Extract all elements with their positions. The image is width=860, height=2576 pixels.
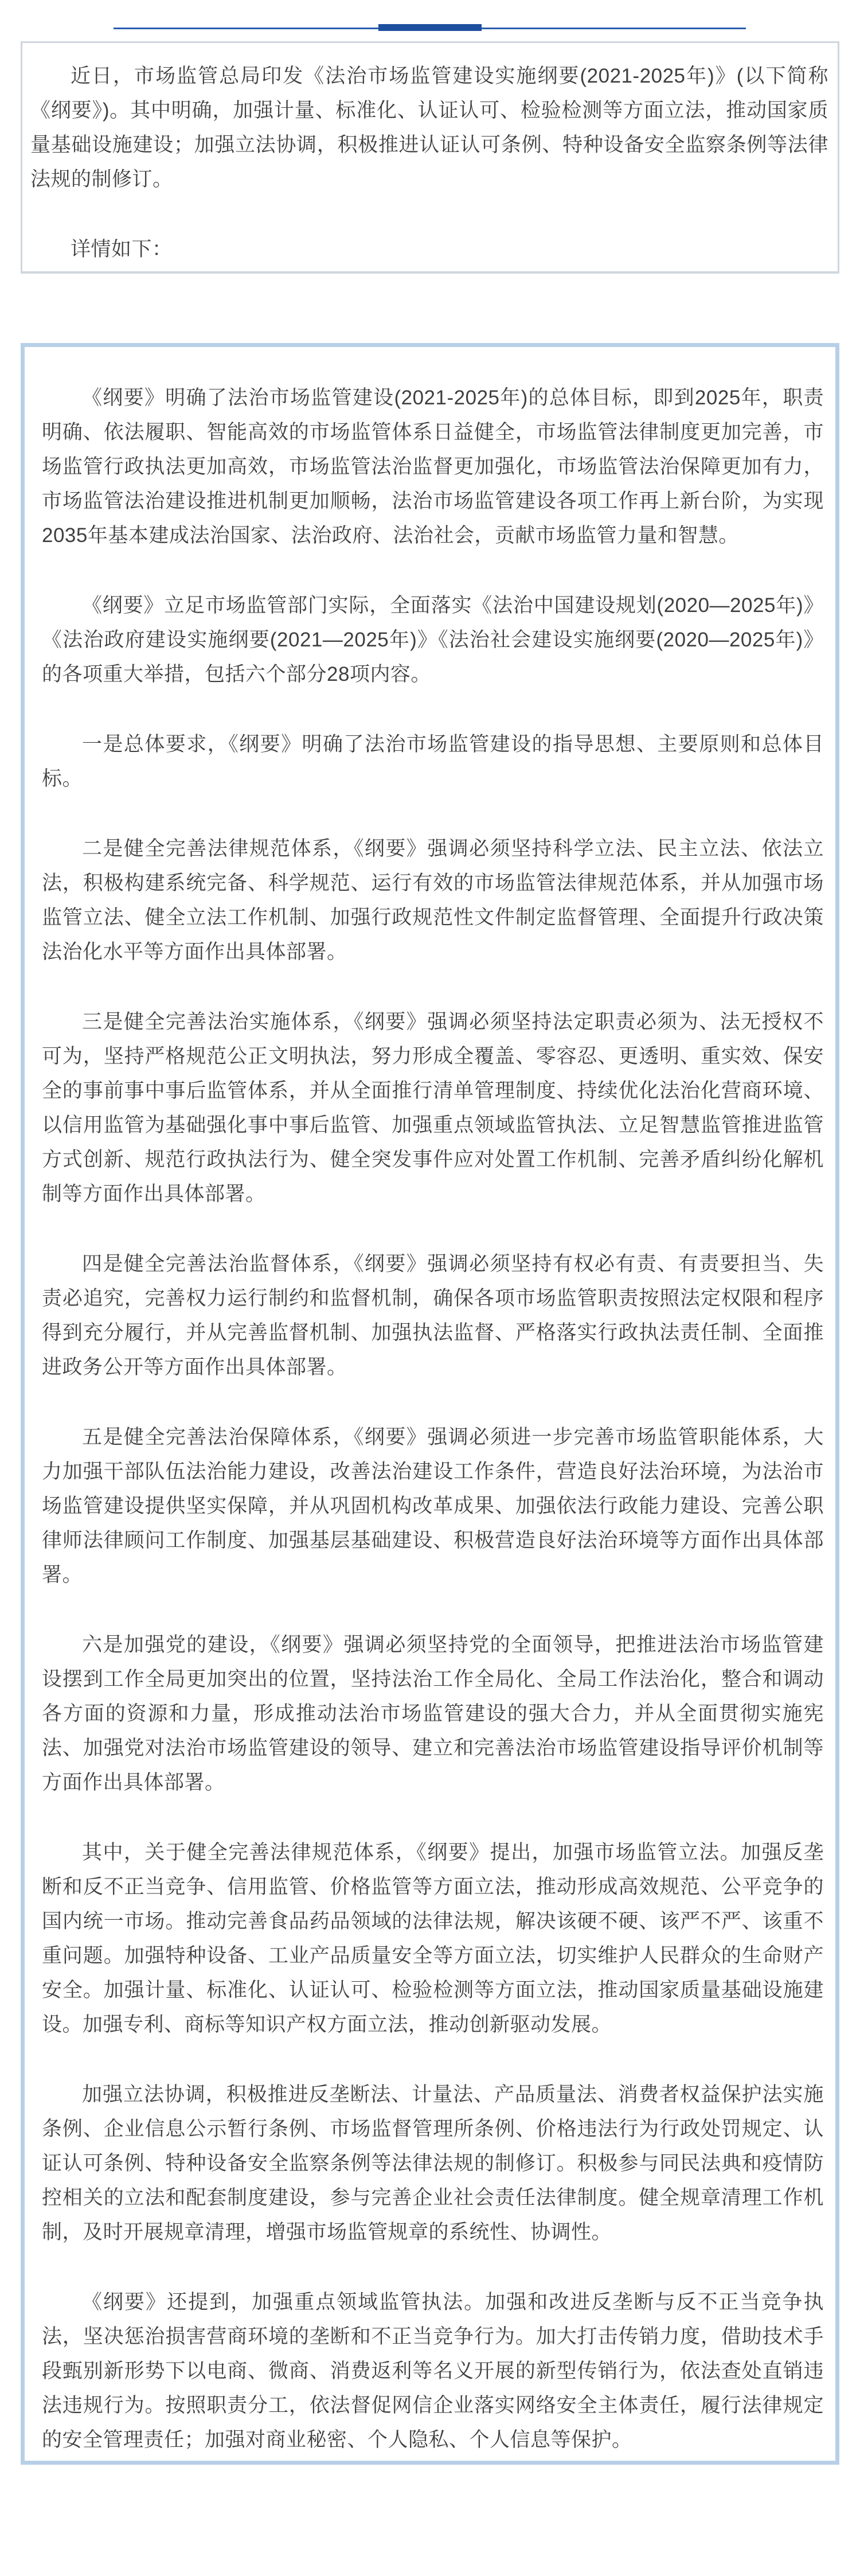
- intro-card: 近日，市场监管总局印发《法治市场监管建设实施纲要(2021-2025年)》(以下…: [21, 41, 839, 274]
- article-page: { "colors": { "text": "#3f3f3f", "decor_…: [0, 0, 860, 2576]
- article-paragraph-part1: 一是总体要求，《纲要》明确了法治市场监管建设的指导思想、主要原则和总体目标。: [42, 727, 824, 796]
- article-paragraph-coordination: 加强立法协调，积极推进反垄断法、计量法、产品质量法、消费者权益保护法实施条例、企…: [42, 2078, 824, 2250]
- intro-paragraph: 近日，市场监管总局印发《法治市场监管建设实施纲要(2021-2025年)》(以下…: [30, 59, 828, 197]
- article-paragraph-enforcement: 《纲要》还提到，加强重点领域监管执法。加强和改进反垄断与反不正当竞争执法，坚决惩…: [42, 2285, 824, 2457]
- article-card: 《纲要》明确了法治市场监管建设(2021-2025年)的总体目标，即到2025年…: [21, 343, 839, 2465]
- article-paragraph-part6: 六是加强党的建设，《纲要》强调必须坚持党的全面领导，把推进法治市场监管建设摆到工…: [42, 1628, 824, 1800]
- article-paragraph-part4: 四是健全完善法治监督体系，《纲要》强调必须坚持有权必有责、有责要担当、失责必追究…: [42, 1247, 824, 1385]
- detail-label: 详情如下：: [30, 232, 828, 267]
- divider-center-bar: [378, 24, 482, 31]
- article-paragraph-legislation: 其中，关于健全完善法律规范体系，《纲要》提出，加强市场监管立法。加强反垄断和反不…: [42, 1835, 824, 2042]
- top-divider: [0, 0, 860, 41]
- article-paragraph-basis: 《纲要》立足市场监管部门实际，全面落实《法治中国建设规划(2020—2025年)…: [42, 589, 824, 692]
- article-paragraph-part5: 五是健全完善法治保障体系，《纲要》强调必须进一步完善市场监管职能体系，大力加强干…: [42, 1420, 824, 1592]
- article-paragraph-part3: 三是健全完善法治实施体系，《纲要》强调必须坚持法定职责必须为、法无授权不可为，坚…: [42, 1005, 824, 1211]
- article-paragraph-part2: 二是健全完善法律规范体系，《纲要》强调必须坚持科学立法、民主立法、依法立法，积极…: [42, 832, 824, 969]
- article-paragraph-overall-goal: 《纲要》明确了法治市场监管建设(2021-2025年)的总体目标，即到2025年…: [42, 381, 824, 553]
